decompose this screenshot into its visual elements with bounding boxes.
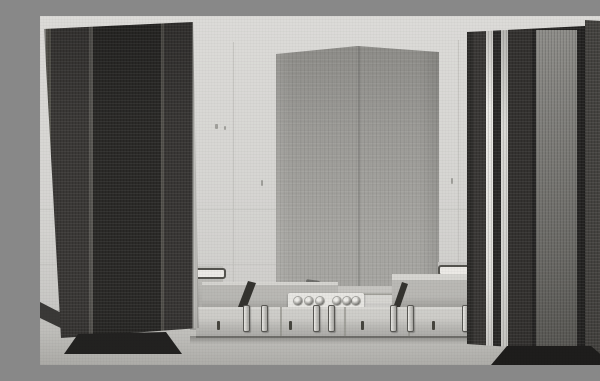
amp-seam bbox=[344, 307, 346, 338]
chassis-top-strip bbox=[366, 295, 392, 303]
knob bbox=[294, 297, 302, 305]
rack-handle bbox=[407, 305, 414, 332]
rack-handle bbox=[328, 305, 335, 332]
wall-mark bbox=[215, 124, 218, 129]
grille-texture bbox=[585, 18, 600, 363]
power-switch bbox=[361, 321, 364, 330]
rack-handle bbox=[243, 305, 250, 332]
center-panel bbox=[276, 46, 439, 288]
rack-handle bbox=[390, 305, 397, 332]
grille-texture bbox=[467, 26, 585, 356]
rack-handle bbox=[313, 305, 320, 332]
center-panel-seam bbox=[358, 46, 360, 288]
power-switch bbox=[432, 321, 435, 330]
power-switch bbox=[289, 321, 292, 330]
right-speaker bbox=[467, 18, 600, 365]
grille-panel bbox=[585, 18, 600, 363]
equipment-shadow bbox=[190, 336, 485, 344]
knob bbox=[352, 297, 360, 305]
photo-listening-room bbox=[40, 16, 600, 365]
rack-handle bbox=[261, 305, 268, 332]
right-speaker-base bbox=[491, 346, 600, 365]
knob bbox=[343, 297, 351, 305]
right-speaker-panels bbox=[467, 26, 585, 356]
speaker-shading bbox=[42, 22, 200, 356]
wall-mark bbox=[224, 126, 226, 130]
wall-seam-vertical bbox=[233, 42, 234, 312]
knob bbox=[316, 297, 324, 305]
power-switch bbox=[217, 321, 220, 330]
left-speaker-base bbox=[64, 332, 184, 354]
amp-seam bbox=[280, 307, 282, 338]
knob bbox=[333, 297, 341, 305]
wall-mark bbox=[261, 180, 263, 186]
amplifier-row bbox=[196, 307, 479, 338]
knob bbox=[305, 297, 313, 305]
wall-mark bbox=[451, 178, 453, 184]
left-speaker bbox=[42, 22, 200, 356]
